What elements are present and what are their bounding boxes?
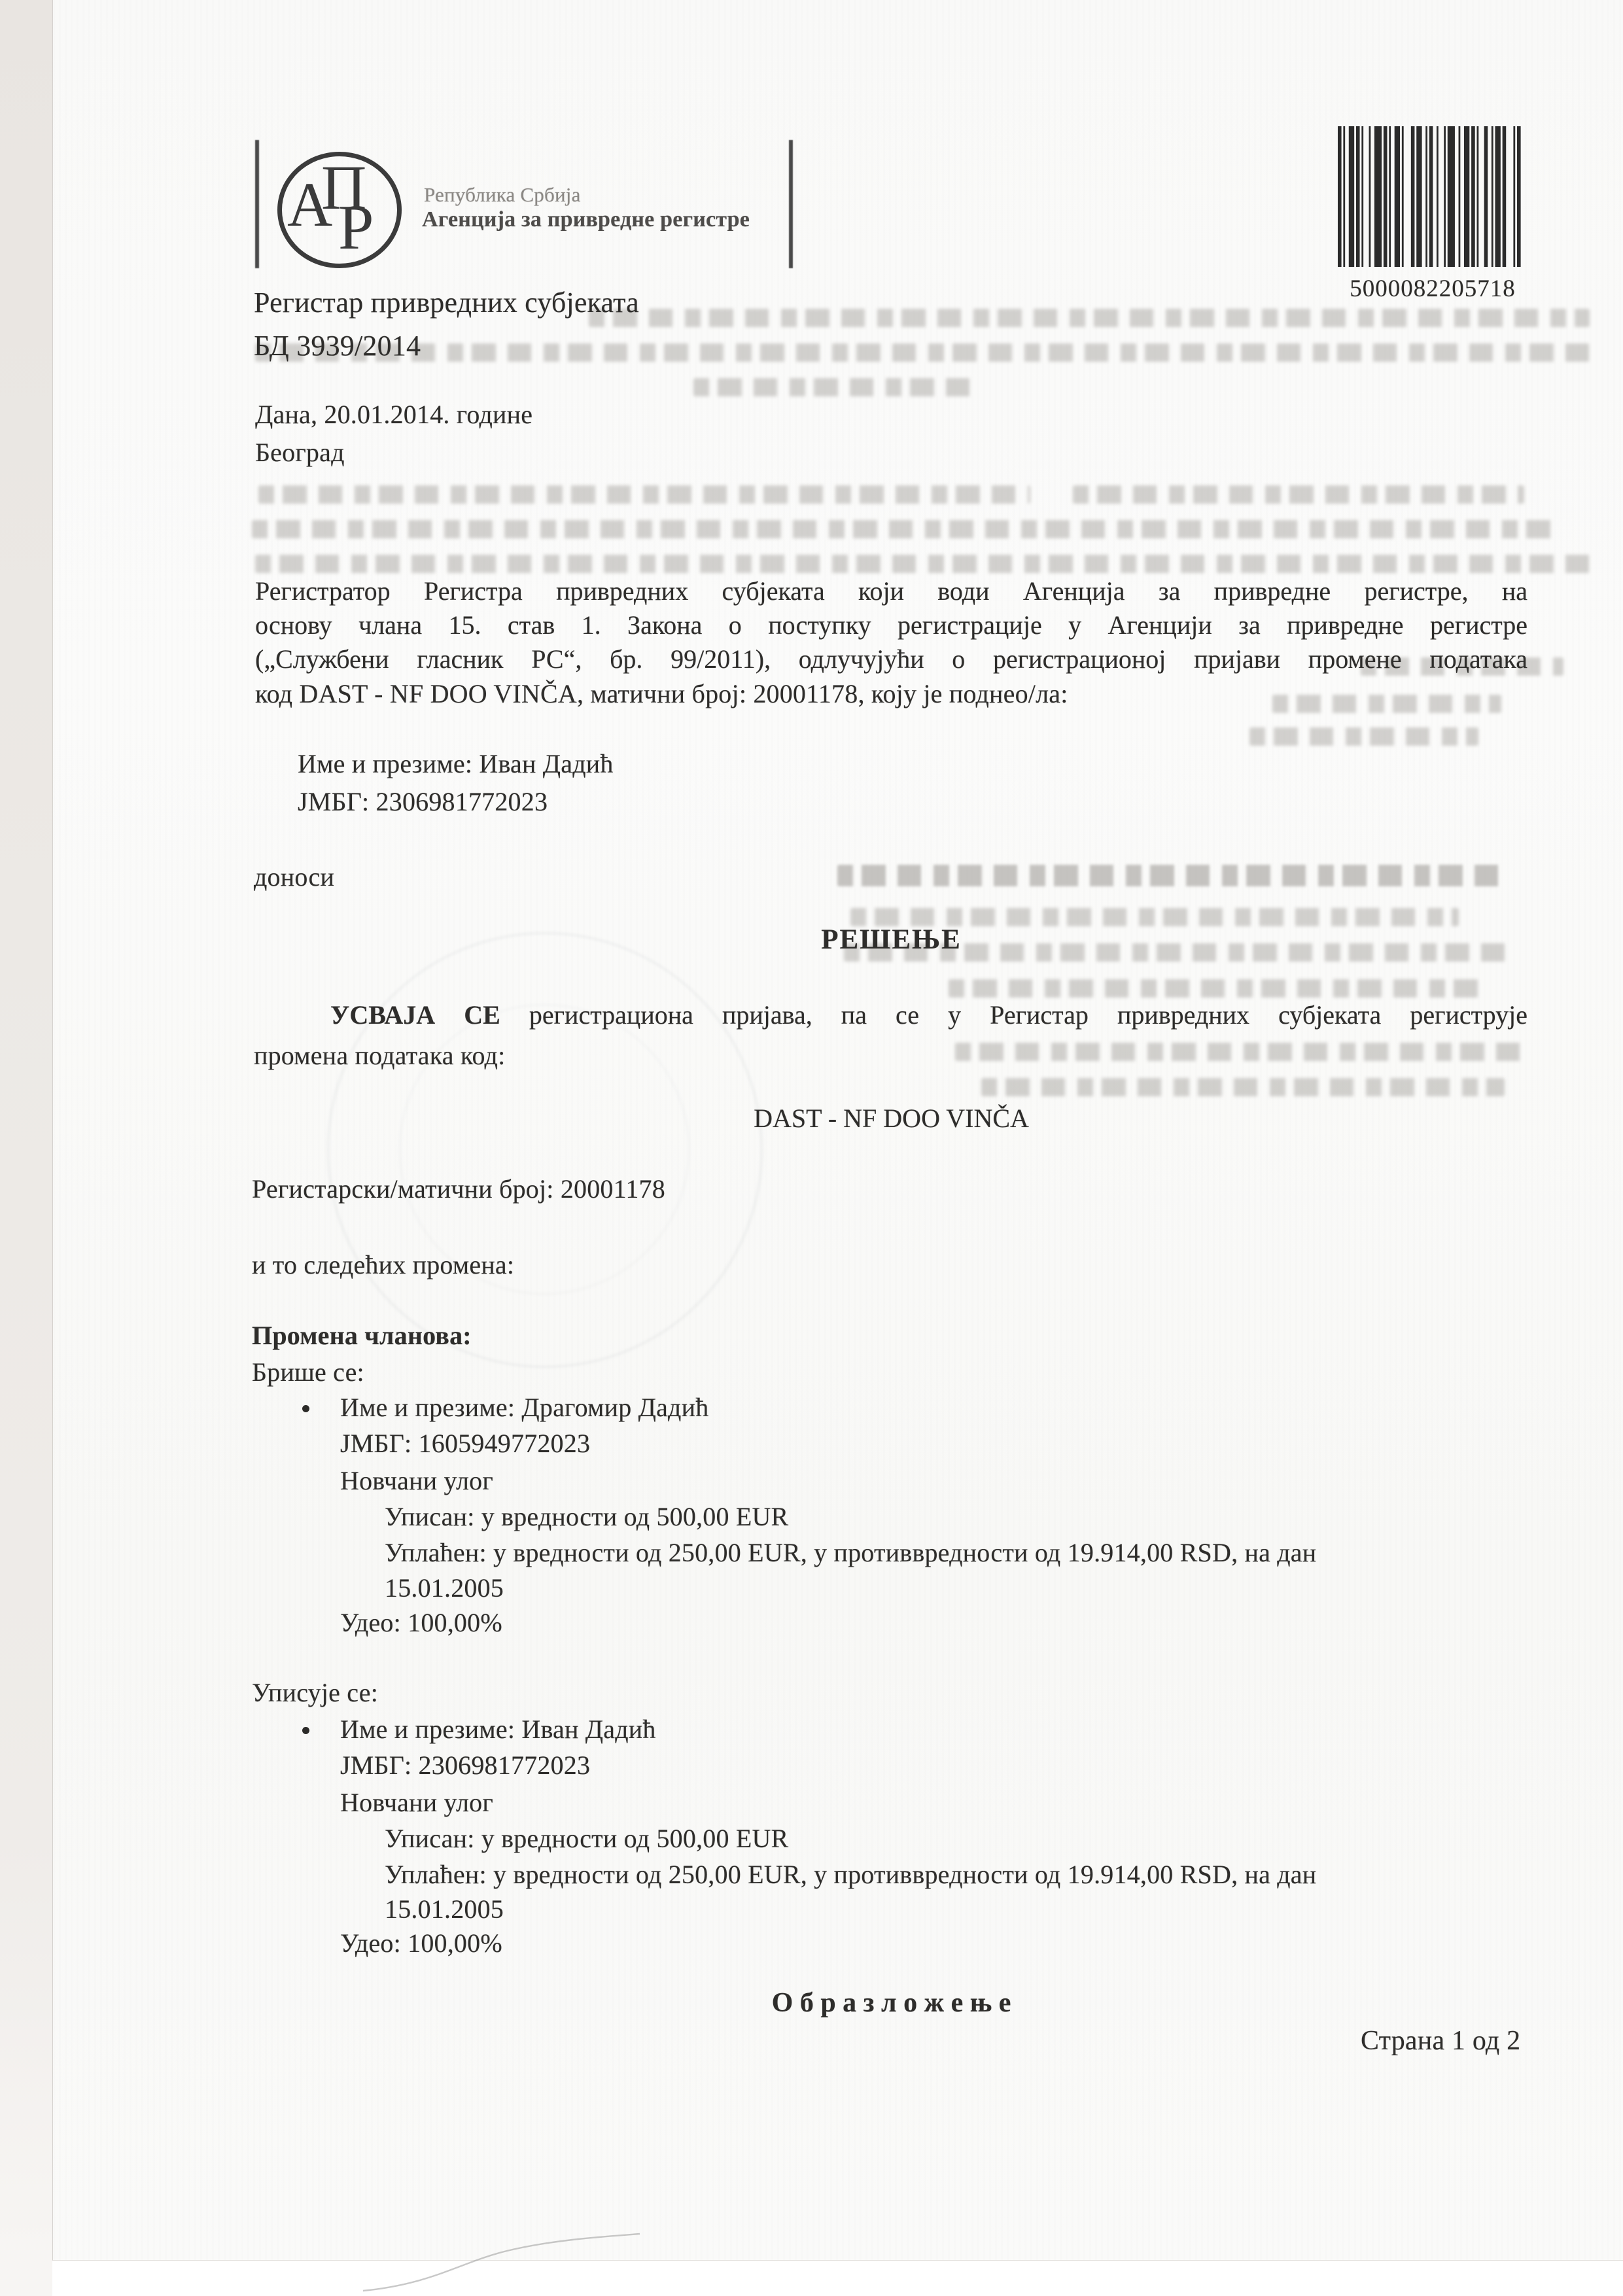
scanned-document-page: А П Р Република Србија Агенција за привр… [0, 0, 1623, 2296]
scan-hair-artifact [0, 0, 1623, 2296]
